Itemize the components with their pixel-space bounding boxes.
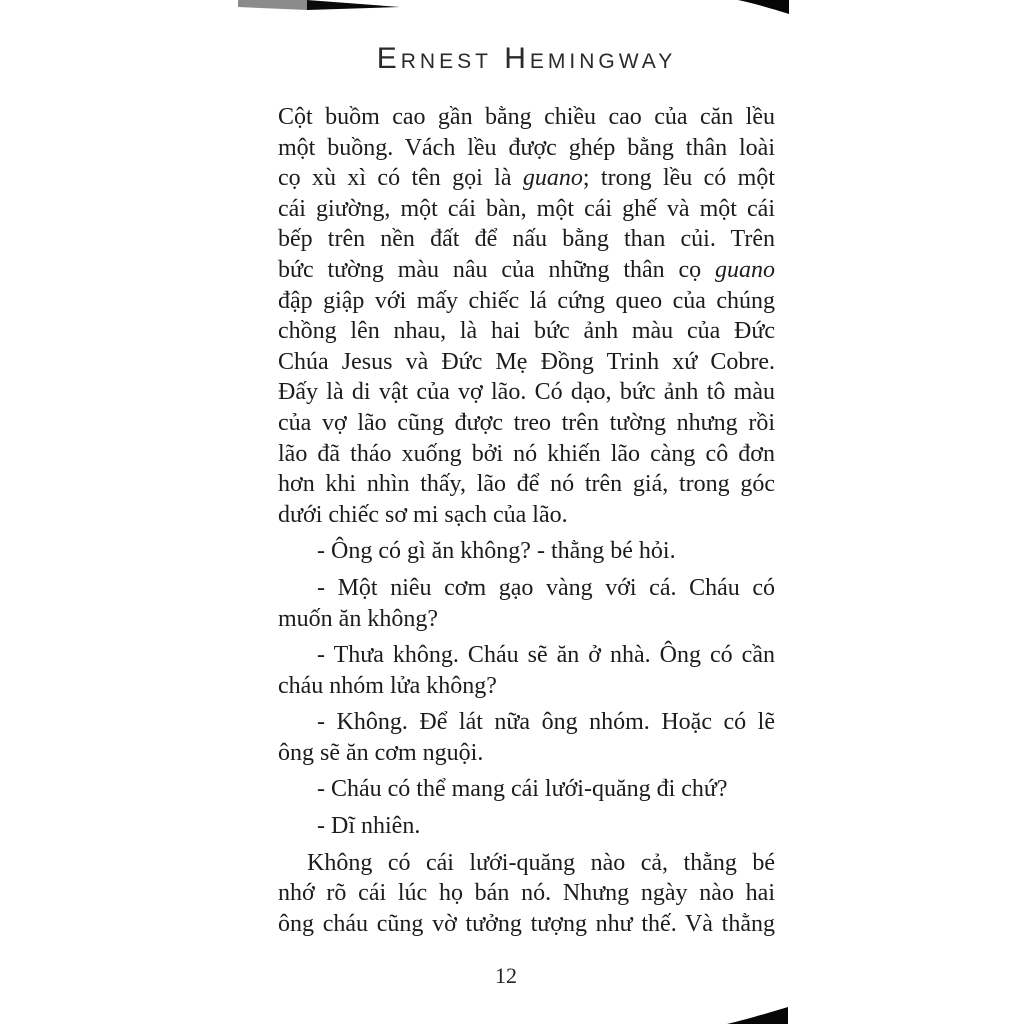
- text-segment: chồng lên nhau, là hai bức ảnh màu của Đ…: [278, 318, 775, 344]
- text-segment: dưới chiếc sơ mi sạch của lão.: [278, 502, 568, 528]
- text-segment: hơn khi nhìn thấy, lão để nó trên giá, t…: [278, 471, 775, 497]
- paragraph: Cột buồm cao gần bằng chiều cao của căn …: [278, 102, 775, 530]
- text-segment: lão đã tháo xuống bởi nó khiến lão càng …: [278, 441, 775, 467]
- paragraph: - Ông có gì ăn không? - thằng bé hỏi.: [278, 536, 775, 567]
- italic-text-segment: guano: [715, 257, 775, 283]
- text-segment: ông sẽ ăn cơm nguội.: [278, 740, 483, 766]
- text-line: - Thưa không. Cháu sẽ ăn ở nhà. Ông có c…: [278, 640, 775, 671]
- text-segment: Đấy là di vật của vợ lão. Có dạo, bức ản…: [278, 379, 775, 405]
- scan-shadow-top-left-black: [307, 0, 400, 10]
- scan-shadow-top-left-gray: [238, 0, 307, 10]
- text-line: ông sẽ ăn cơm nguội.: [278, 738, 775, 769]
- paragraph: - Một niêu cơm gạo vàng với cá. Cháu cóm…: [278, 573, 775, 634]
- text-line: của vợ lão cũng được treo trên tường như…: [278, 408, 775, 439]
- text-segment: Cột buồm cao gần bằng chiều cao của căn …: [278, 104, 775, 130]
- text-line: Chúa Jesus và Đức Mẹ Đồng Trinh xứ Cobre…: [278, 347, 775, 378]
- text-segment: nhớ rõ cái lúc họ bán nó. Nhưng ngày nào…: [278, 880, 775, 906]
- text-line: hơn khi nhìn thấy, lão để nó trên giá, t…: [278, 469, 775, 500]
- text-segment: Không có cái lưới-quăng nào cả, thằng bé: [307, 850, 775, 876]
- text-segment: ; trong lều có một: [583, 165, 775, 191]
- text-segment: bếp trên nền đất để nấu bằng than củi. T…: [278, 226, 775, 252]
- text-segment: một buồng. Vách lều được ghép bằng thân …: [278, 135, 775, 161]
- running-header: Ernest Hemingway: [278, 42, 775, 76]
- paragraph: - Thưa không. Cháu sẽ ăn ở nhà. Ông có c…: [278, 640, 775, 701]
- text-segment: cọ xù xì có tên gọi là: [278, 165, 523, 191]
- text-line: bếp trên nền đất để nấu bằng than củi. T…: [278, 224, 775, 255]
- text-segment: ông cháu cũng vờ tưởng tượng như thế. Và…: [278, 911, 775, 937]
- text-line: nhớ rõ cái lúc họ bán nó. Nhưng ngày nào…: [278, 878, 775, 909]
- page-curl-bottom-right: [727, 1007, 788, 1024]
- italic-text-segment: guano: [523, 165, 583, 191]
- text-line: dưới chiếc sơ mi sạch của lão.: [278, 500, 775, 531]
- text-line: cọ xù xì có tên gọi là guano; trong lều …: [278, 163, 775, 194]
- paragraph: - Dĩ nhiên.: [278, 811, 775, 842]
- text-segment: đập giập với mấy chiếc lá cứng queo của …: [278, 288, 775, 314]
- text-segment: của vợ lão cũng được treo trên tường như…: [278, 410, 775, 436]
- text-line: Cột buồm cao gần bằng chiều cao của căn …: [278, 102, 775, 133]
- text-segment: - Dĩ nhiên.: [317, 813, 420, 839]
- text-segment: - Không. Để lát nữa ông nhóm. Hoặc có lẽ: [317, 709, 775, 735]
- text-line: - Cháu có thể mang cái lưới-quăng đi chứ…: [278, 774, 775, 805]
- text-segment: - Một niêu cơm gạo vàng với cá. Cháu có: [317, 575, 775, 601]
- text-line: - Không. Để lát nữa ông nhóm. Hoặc có lẽ: [278, 707, 775, 738]
- text-line: ông cháu cũng vờ tưởng tượng như thế. Và…: [278, 909, 775, 940]
- text-segment: - Ông có gì ăn không? - thằng bé hỏi.: [317, 538, 676, 564]
- text-segment: - Thưa không. Cháu sẽ ăn ở nhà. Ông có c…: [317, 642, 775, 668]
- paragraph: Không có cái lưới-quăng nào cả, thằng bé…: [278, 848, 775, 940]
- text-line: cái giường, một cái bàn, một cái ghế và …: [278, 194, 775, 225]
- text-line: đập giập với mấy chiếc lá cứng queo của …: [278, 286, 775, 317]
- page-number: 12: [278, 963, 734, 989]
- text-segment: cái giường, một cái bàn, một cái ghế và …: [278, 196, 775, 222]
- text-line: - Một niêu cơm gạo vàng với cá. Cháu có: [278, 573, 775, 604]
- body-text: Cột buồm cao gần bằng chiều cao của căn …: [278, 102, 775, 939]
- text-segment: Chúa Jesus và Đức Mẹ Đồng Trinh xứ Cobre…: [278, 349, 775, 375]
- text-segment: cháu nhóm lửa không?: [278, 673, 497, 699]
- paragraph: - Cháu có thể mang cái lưới-quăng đi chứ…: [278, 774, 775, 805]
- page-curl-top-right: [738, 0, 789, 14]
- text-line: cháu nhóm lửa không?: [278, 671, 775, 702]
- text-line: bức tường màu nâu của những thân cọ guan…: [278, 255, 775, 286]
- text-segment: bức tường màu nâu của những thân cọ: [278, 257, 715, 283]
- paragraph: - Không. Để lát nữa ông nhóm. Hoặc có lẽ…: [278, 707, 775, 768]
- text-line: chồng lên nhau, là hai bức ảnh màu của Đ…: [278, 316, 775, 347]
- text-segment: muốn ăn không?: [278, 606, 438, 632]
- text-segment: - Cháu có thể mang cái lưới-quăng đi chứ…: [317, 776, 728, 802]
- text-line: lão đã tháo xuống bởi nó khiến lão càng …: [278, 439, 775, 470]
- text-line: muốn ăn không?: [278, 604, 775, 635]
- text-line: - Dĩ nhiên.: [278, 811, 775, 842]
- book-page: Ernest Hemingway Cột buồm cao gần bằng c…: [0, 0, 1024, 1024]
- text-line: - Ông có gì ăn không? - thằng bé hỏi.: [278, 536, 775, 567]
- text-line: Đấy là di vật của vợ lão. Có dạo, bức ản…: [278, 377, 775, 408]
- text-line: Không có cái lưới-quăng nào cả, thằng bé: [278, 848, 775, 879]
- text-line: một buồng. Vách lều được ghép bằng thân …: [278, 133, 775, 164]
